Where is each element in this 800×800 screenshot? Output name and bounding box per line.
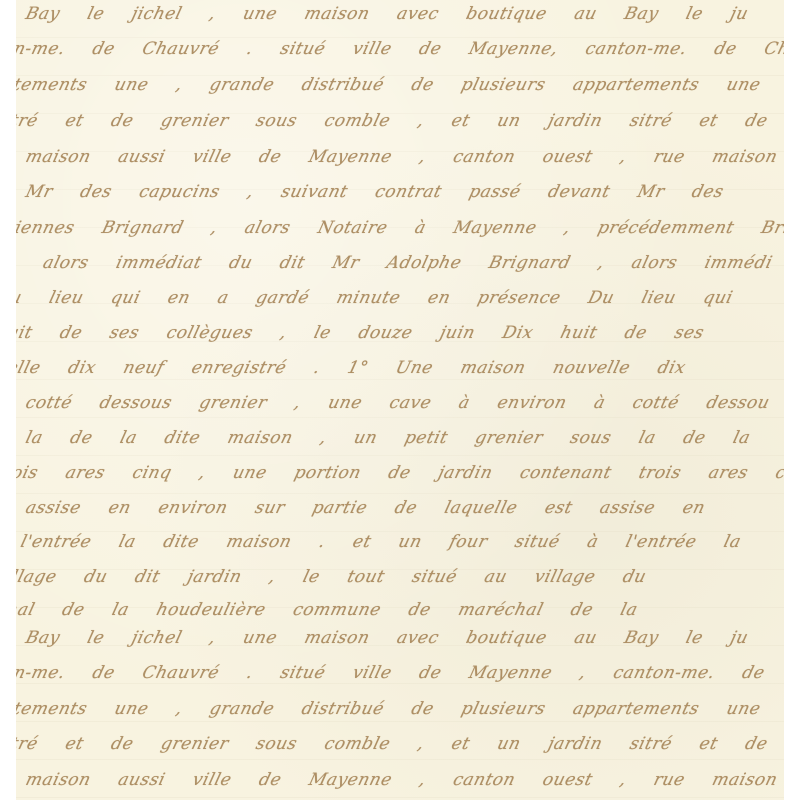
script-line: sitré et de grenier sous comble , et un …	[16, 734, 770, 754]
script-line: ettements une , grande distribué de plus…	[16, 699, 784, 719]
script-line: l'entrée la dite maison . et un four sit…	[19, 532, 744, 552]
script-line: la de la dite maison , un petit grenier …	[24, 428, 753, 448]
script-line: Bay le jichel , une maison avec boutique…	[24, 4, 751, 24]
script-line: Mr des capucins , suivant contrat passé …	[24, 182, 726, 202]
script-line: ériennes Brignard , alors Notaire à Maye…	[16, 218, 784, 238]
script-line: ehal de la houdeulière commune de maréch…	[16, 600, 640, 620]
script-line: village du dit jardin , le tout situé au…	[16, 567, 648, 587]
script-line: sitré et de grenier sous comble , et un …	[16, 111, 770, 131]
handwritten-script-paper: Bay le jichel , une maison avec boutique…	[16, 0, 784, 800]
script-line: huit de ses collègues , le douze juin Di…	[16, 323, 706, 343]
script-line: ton-me. de Chauvré . situé ville de Maye…	[16, 39, 784, 59]
script-line: ettements une , grande distribué de plus…	[16, 75, 784, 95]
script-line: maison aussi ville de Mayenne , canton o…	[24, 770, 784, 790]
script-line: nelle dix neuf enregistré . 1° Une maiso…	[16, 358, 688, 378]
script-line: Du lieu qui en a gardé minute en présenc…	[16, 288, 735, 308]
script-line: maison aussi ville de Mayenne , canton o…	[24, 147, 784, 167]
script-line: D. alors immédiat du dit Mr Adolphe Brig…	[16, 253, 775, 273]
script-line: ton-me. de Chauvré . situé ville de Maye…	[16, 663, 784, 683]
script-line: cotté dessous grenier , une cave à envir…	[24, 393, 772, 413]
script-line: assise en environ sur partie de laquelle…	[24, 498, 708, 518]
script-line: trois ares cinq , une portion de jardin …	[16, 463, 784, 483]
script-line: Bay le jichel , une maison avec boutique…	[24, 628, 751, 648]
